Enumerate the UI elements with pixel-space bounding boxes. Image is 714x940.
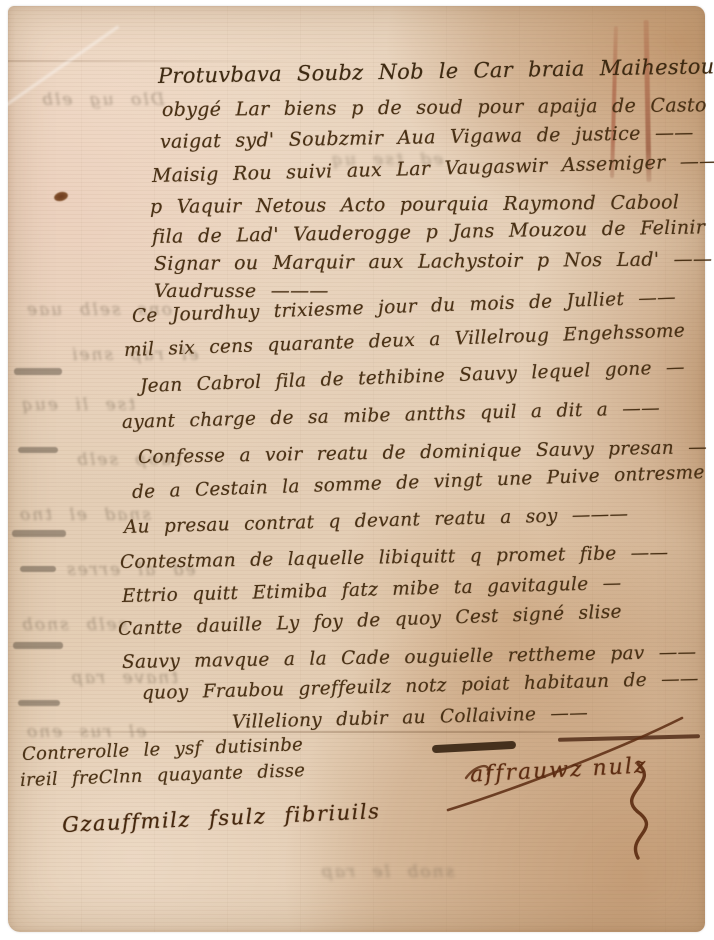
ink-smudge (12, 530, 66, 537)
ink-smudge (18, 700, 60, 706)
bleedthrough-text: tse li euq (20, 395, 135, 415)
manuscript-line: p Vaquir Netous Acto pourquia Raymond Ca… (150, 191, 679, 218)
ink-smudge (20, 566, 56, 572)
manuscript-line: obygé Lar biens p de soud pour apaija de… (162, 94, 714, 121)
ink-smudge (18, 447, 58, 453)
signature-stroke (632, 764, 647, 858)
ink-smudge (14, 368, 62, 375)
bleedthrough-text: selb snob (20, 615, 127, 635)
manuscript-line: Vaudrusse ——— (154, 280, 329, 302)
bleedthrough-text: el rus eno (25, 722, 146, 742)
bleedthrough-text: snob le rap (320, 862, 454, 882)
ink-smudge (13, 642, 63, 649)
bleedthrough-text: Dlo ug elb (40, 90, 164, 110)
signature-stroke (466, 766, 489, 778)
scanned-manuscript-photo: { "colors": { "scan_background": "#fffff… (0, 0, 714, 940)
signature-flourish (430, 712, 714, 862)
signature-stroke (448, 718, 682, 810)
